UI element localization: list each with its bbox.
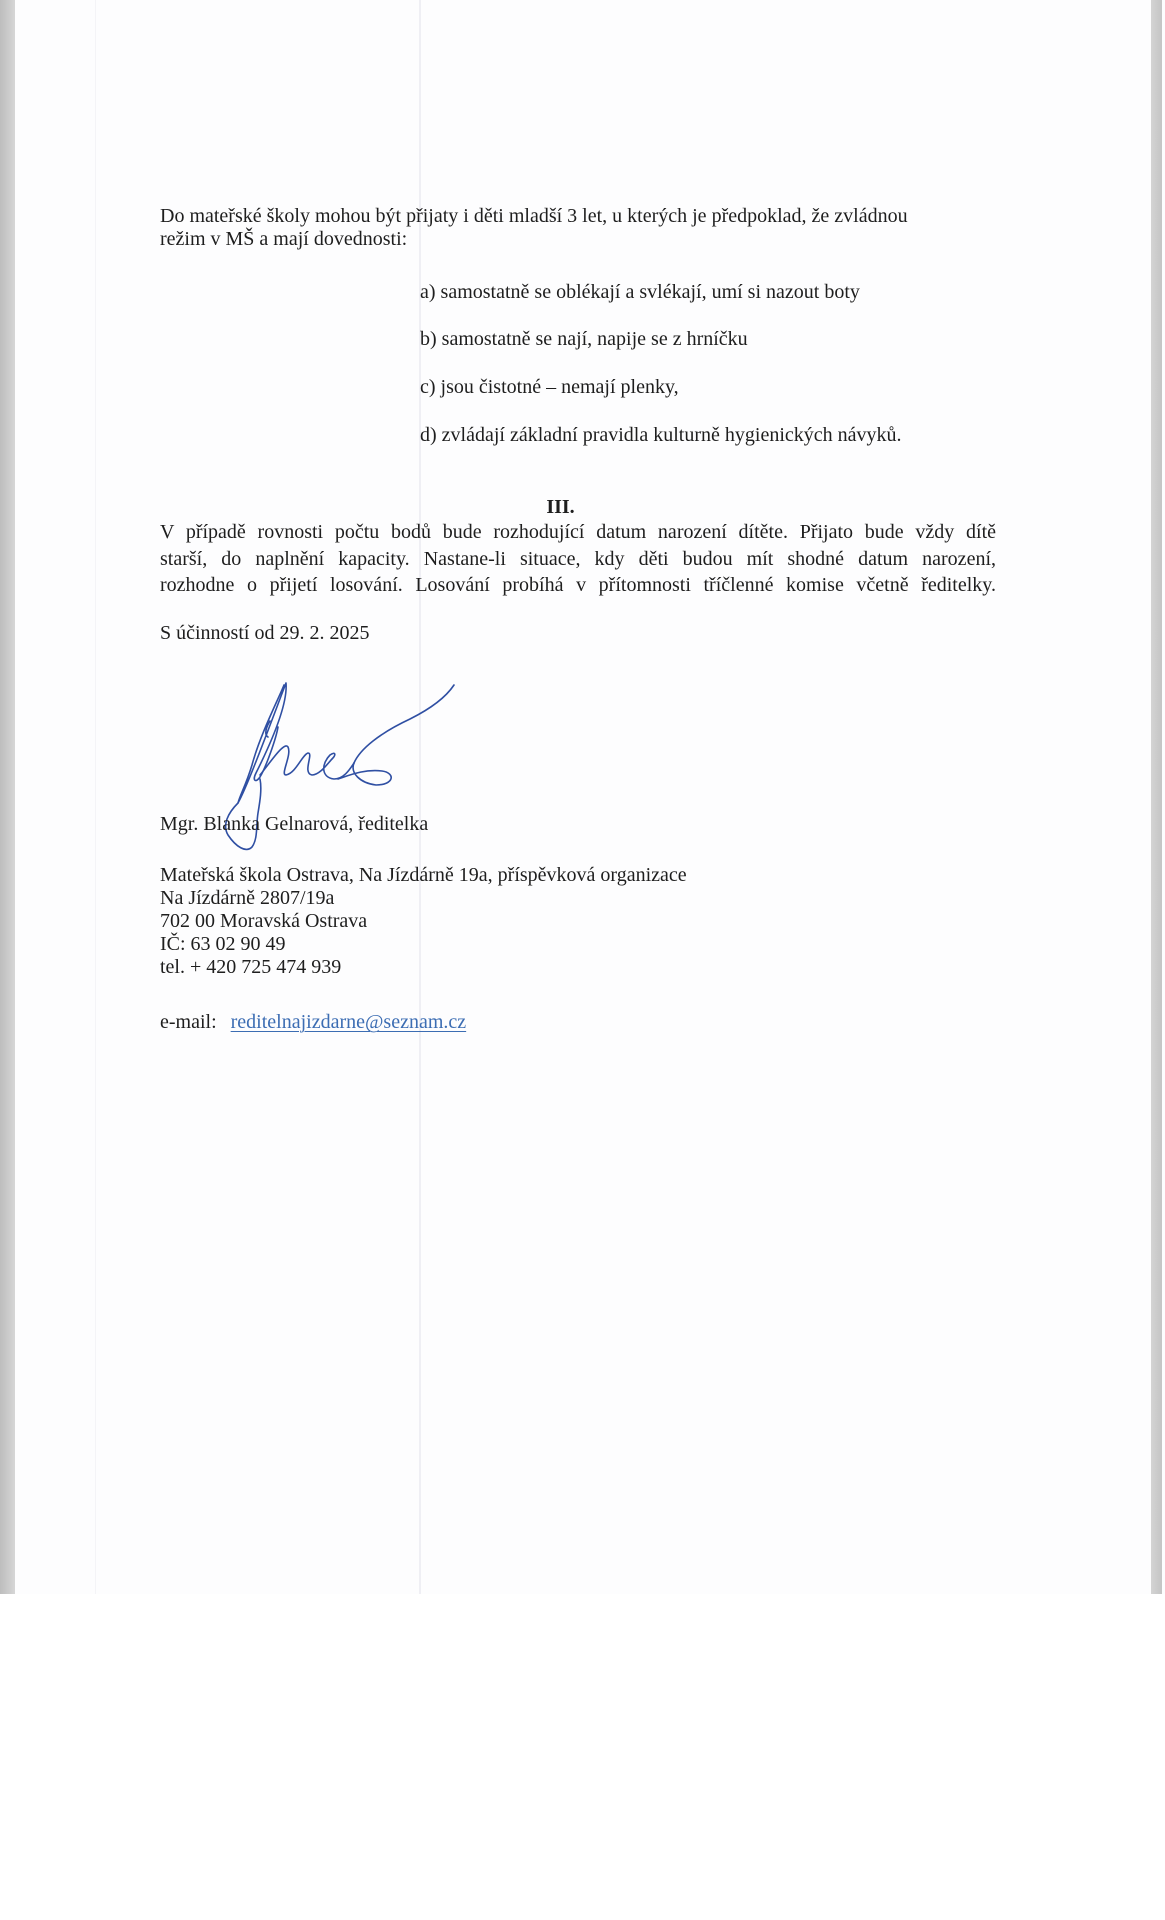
section-paragraph-line-1: V případě rovnosti počtu bodů bude rozho…: [160, 519, 996, 546]
address-line-company-id: IČ: 63 02 90 49: [160, 933, 687, 956]
intro-paragraph: Do mateřské školy mohou být přijaty i dě…: [160, 205, 990, 251]
email-link[interactable]: reditelnajizdarne@seznam.cz: [231, 1011, 467, 1033]
address-line-phone: tel. + 420 725 474 939: [160, 956, 687, 979]
school-address: Mateřská škola Ostrava, Na Jízdárně 19a,…: [160, 864, 687, 979]
scan-edge-right: [1151, 0, 1162, 1594]
skill-item-d: d) zvládají základní pravidla kulturně h…: [420, 424, 902, 447]
skill-item-a: a) samostatně se oblékají a svlékají, um…: [420, 281, 860, 304]
section-heading-text: III.: [546, 496, 574, 518]
signer-name: Mgr. Blanka Gelnarová, ředitelka: [160, 813, 428, 836]
effective-date: S účinností od 29. 2. 2025: [160, 622, 369, 645]
section-paragraph-line-3: rozhodne o přijetí losování. Losování pr…: [160, 572, 996, 599]
address-line-school: Mateřská škola Ostrava, Na Jízdárně 19a,…: [160, 864, 687, 887]
skill-item-c: c) jsou čistotné – nemají plenky,: [420, 376, 679, 399]
section-paragraph: V případě rovnosti počtu bodů bude rozho…: [160, 519, 996, 599]
intro-line-1: Do mateřské školy mohou být přijaty i dě…: [160, 205, 990, 228]
section-heading: III.: [0, 496, 1165, 519]
section-paragraph-line-2: starší, do naplnění kapacity. Nastane-li…: [160, 546, 996, 573]
email-row: e-mail: reditelnajizdarne@seznam.cz: [160, 1011, 466, 1034]
address-line-city: 702 00 Moravská Ostrava: [160, 910, 687, 933]
scan-edge-left: [0, 0, 15, 1594]
scan-fold-line-faint: [95, 0, 96, 1594]
scanned-page: Do mateřské školy mohou být přijaty i dě…: [0, 0, 1165, 1594]
skill-item-b: b) samostatně se nají, napije se z hrníč…: [420, 328, 748, 351]
intro-line-2: režim v MŠ a mají dovednosti:: [160, 228, 990, 251]
email-label: e-mail:: [160, 1011, 217, 1033]
address-line-street: Na Jízdárně 2807/19a: [160, 887, 687, 910]
